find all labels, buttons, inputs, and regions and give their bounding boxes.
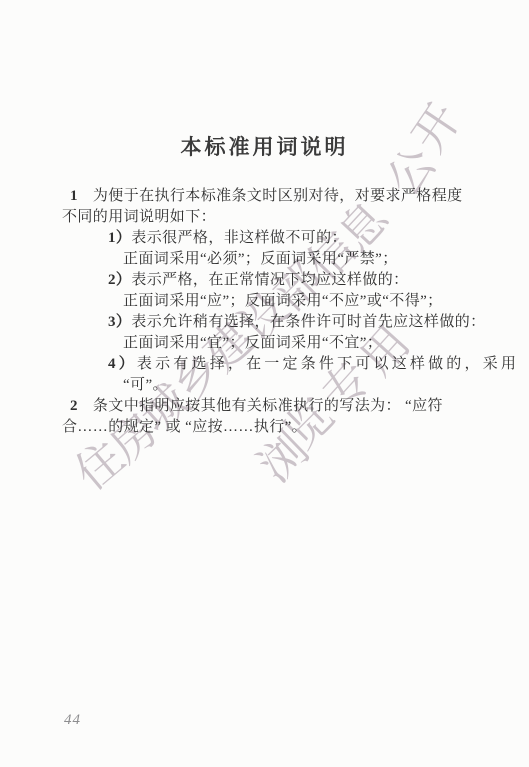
document-page: 住房城乡建设部信息公开浏览专用 本标准用词说明 1为便于在执行本标准条文时区别对… — [0, 0, 529, 767]
clause-number: 1 — [70, 188, 78, 204]
text-line: 正面词采用“应”；反面词采用“不应”或“不得”； — [62, 291, 468, 312]
text-line: 1为便于在执行本标准条文时区别对待，对要求严格程度 — [62, 186, 468, 207]
text-line: 不同的用词说明如下： — [62, 207, 468, 228]
clause-number: 3） — [108, 314, 131, 330]
text-line: 4）表示有选择，在一定条件下可以这样做的，采用 — [62, 354, 468, 375]
clause-number: 1） — [108, 230, 131, 246]
clause-number: 2） — [108, 272, 131, 288]
clause-number: 2 — [70, 398, 78, 414]
text-line: 3）表示允许稍有选择，在条件许可时首先应这样做的： — [62, 312, 468, 333]
watermark-char: 住 — [68, 434, 133, 499]
page-number: 44 — [64, 712, 81, 729]
text-line: 正面词采用“必须”；反面词采用“严禁”； — [62, 249, 468, 270]
text-line: 1）表示很严格，非这样做不可的： — [62, 228, 468, 249]
clause-number: 4） — [108, 356, 137, 372]
page-title: 本标准用词说明 — [0, 131, 529, 161]
text-line: 合……的规定” 或 “应按……执行”。 — [62, 417, 468, 438]
text-line: 2条文中指明应按其他有关标准执行的写法为： “应符 — [62, 396, 468, 417]
text-line: 正面词采用“宜”；反面词采用“不宜”； — [62, 333, 468, 354]
text-line: “可”。 — [62, 375, 468, 396]
text-line: 2）表示严格，在正常情况下均应这样做的： — [62, 270, 468, 291]
document-body: 1为便于在执行本标准条文时区别对待，对要求严格程度不同的用词说明如下：1）表示很… — [62, 186, 468, 438]
